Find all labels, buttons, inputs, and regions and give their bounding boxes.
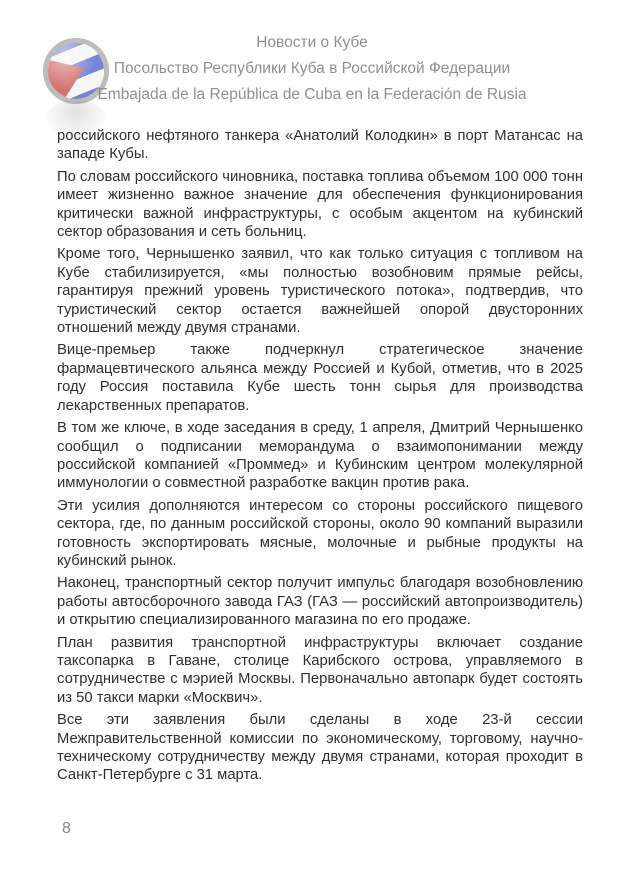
paragraph: Все эти заявления были сделаны в ходе 23… (57, 711, 583, 785)
paragraph: Эти усилия дополняются интересом со стор… (57, 497, 583, 571)
paragraph: По словам российского чиновника, поставк… (57, 168, 583, 242)
paragraph: План развития транспортной инфраструктур… (57, 634, 583, 708)
paragraph: Наконец, транспортный сектор получит имп… (57, 574, 583, 629)
embassy-name-spanish: Embajada de la República de Cuba en la F… (0, 86, 624, 103)
newsletter-title: Новости о Кубе (0, 34, 624, 51)
paragraph: В том же ключе, в ходе заседания в среду… (57, 419, 583, 493)
paragraph: Кроме того, Чернышенко заявил, что как т… (57, 245, 583, 337)
article: российского нефтяного танкера «Анатолий … (57, 127, 583, 789)
embassy-name-russian: Посольство Республики Куба в Российской … (0, 60, 624, 77)
paragraph: Вице-премьер также подчеркнул стратегиче… (57, 341, 583, 415)
paragraph: российского нефтяного танкера «Анатолий … (57, 127, 583, 164)
document-page: ★ Новости о Кубе Посольство Республики К… (0, 0, 624, 895)
page-number: 8 (62, 820, 71, 838)
